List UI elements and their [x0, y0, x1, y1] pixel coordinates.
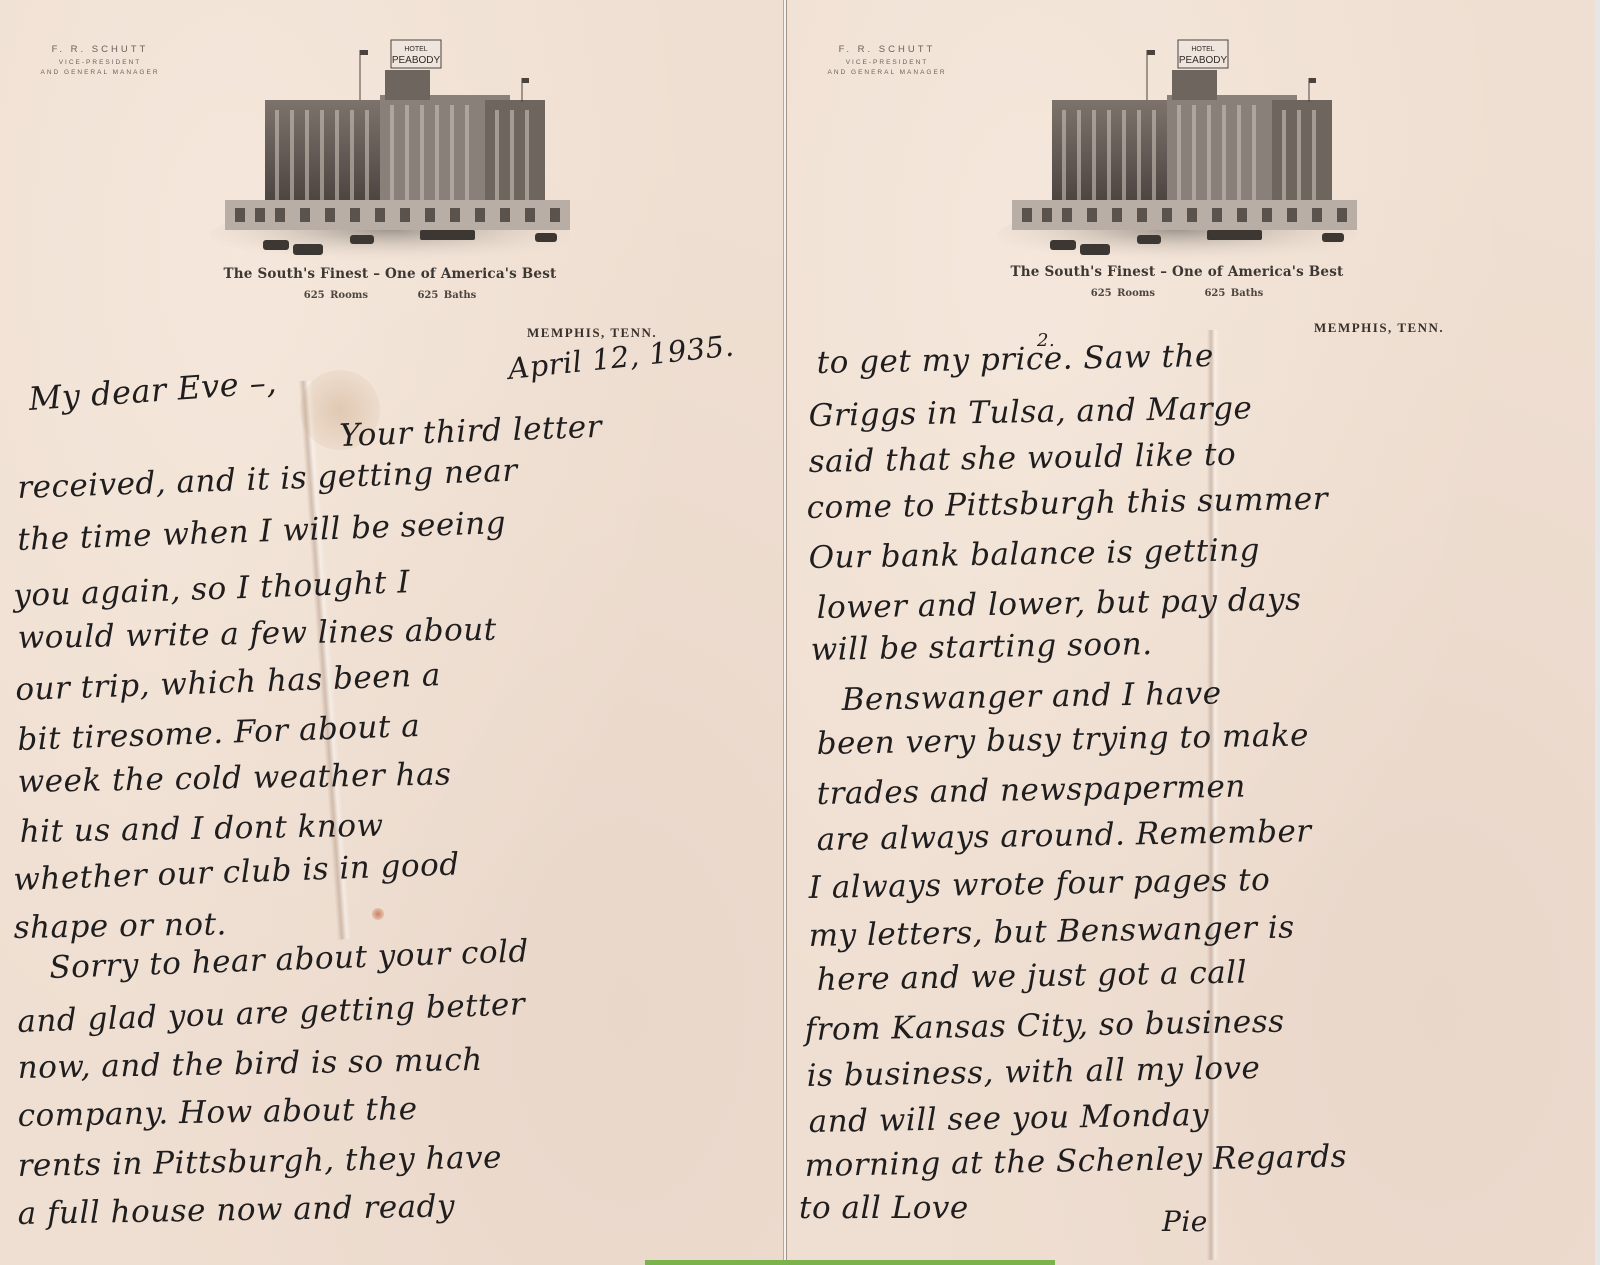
- letter-line: would write a few lines about: [17, 612, 497, 656]
- hotel-slogan: The South's Finest – One of America's Be…: [977, 264, 1377, 280]
- rooms-and-baths: 625 Rooms 625 Baths: [190, 290, 590, 301]
- hotel-illustration: HOTEL PEABODY: [992, 30, 1362, 262]
- letter-page-1: F. R. SCHUTT VICE-PRESIDENT AND GENERAL …: [0, 0, 784, 1265]
- svg-text:PEABODY: PEABODY: [1179, 55, 1228, 66]
- letter-line: trades and newspapermen: [816, 769, 1246, 812]
- letter-line: received, and it is getting near: [17, 453, 518, 506]
- hotel-building-icon: HOTEL PEABODY: [992, 30, 1362, 262]
- letter-line: Griggs in Tulsa, and Marge: [808, 390, 1252, 434]
- letter-line: week the cold weather has: [17, 756, 451, 800]
- hotel-building-icon: HOTEL PEABODY: [205, 30, 575, 262]
- svg-text:HOTEL: HOTEL: [404, 46, 427, 53]
- hotel-slogan: The South's Finest – One of America's Be…: [190, 266, 590, 282]
- executive-title-2: AND GENERAL MANAGER: [20, 69, 180, 76]
- rooms-count: 625 Rooms: [1091, 288, 1155, 299]
- signature: Pie: [1162, 1205, 1208, 1238]
- rooms-and-baths: 625 Rooms 625 Baths: [977, 288, 1377, 299]
- letter-line: morning at the Schenley Regards: [804, 1139, 1347, 1184]
- executive-title: VICE-PRESIDENT: [20, 59, 180, 66]
- letter-line: a full house now and ready: [17, 1188, 455, 1232]
- letter-line: my letters, but Benswanger is: [808, 910, 1295, 954]
- letter-line: you again, so I thought I: [13, 564, 411, 614]
- executive-block: F. R. SCHUTT VICE-PRESIDENT AND GENERAL …: [807, 44, 967, 76]
- letter-line: the time when I will be seeing: [17, 505, 507, 558]
- letter-line: Benswanger and I have: [841, 675, 1221, 718]
- executive-name: F. R. SCHUTT: [20, 44, 180, 55]
- letter-line: our trip, which has been a: [15, 657, 442, 708]
- hotel-illustration: HOTEL PEABODY: [205, 30, 575, 262]
- executive-block: F. R. SCHUTT VICE-PRESIDENT AND GENERAL …: [20, 44, 180, 76]
- letter-line: and will see you Monday: [808, 1097, 1209, 1140]
- letter-line: now, and the bird is so much: [17, 1042, 483, 1086]
- page-edge: [1595, 0, 1600, 1265]
- letter-line: and glad you are getting better: [17, 986, 526, 1040]
- svg-text:HOTEL: HOTEL: [1191, 46, 1214, 53]
- letterhead-city: MEMPHIS, TENN.: [1314, 320, 1444, 336]
- letter-line: said that she would like to: [808, 437, 1236, 480]
- letter-line: lower and lower, but pay days: [816, 582, 1301, 626]
- letter-line: to get my price. Saw the: [816, 338, 1214, 381]
- letter-line: shape or not.: [13, 906, 227, 946]
- baths-count: 625 Baths: [417, 290, 476, 301]
- executive-title: VICE-PRESIDENT: [807, 59, 967, 66]
- letter-line: Your third letter: [339, 409, 603, 454]
- letter-line: here and we just got a call: [816, 954, 1247, 998]
- svg-text:PEABODY: PEABODY: [392, 55, 441, 66]
- letter-line: are always around. Remember: [816, 813, 1312, 858]
- letter-line: whether our club is in good: [13, 846, 460, 898]
- letter-line: Our bank balance is getting: [808, 532, 1260, 576]
- rooms-count: 625 Rooms: [304, 290, 368, 301]
- letter-line: is business, with all my love: [806, 1050, 1260, 1094]
- letter-line: will be starting soon.: [810, 626, 1153, 668]
- letter-line: hit us and I dont know: [19, 808, 383, 850]
- letter-line: rents in Pittsburgh, they have: [17, 1140, 502, 1184]
- salutation: My dear Eve –,: [27, 363, 278, 418]
- baths-count: 625 Baths: [1204, 288, 1263, 299]
- executive-title-2: AND GENERAL MANAGER: [807, 69, 967, 76]
- letter-line: bit tiresome. For about a: [17, 708, 421, 758]
- letter-line: been very busy trying to make: [816, 717, 1309, 762]
- executive-name: F. R. SCHUTT: [807, 44, 967, 55]
- letter-line: come to Pittsburgh this summer: [806, 481, 1328, 526]
- ink-spot: [372, 908, 384, 920]
- green-bar: [645, 1260, 1055, 1265]
- letter-line: company. How about the: [17, 1091, 418, 1134]
- letter-page-2: F. R. SCHUTT VICE-PRESIDENT AND GENERAL …: [786, 0, 1600, 1265]
- closing-line: to all Love: [799, 1190, 969, 1226]
- letter-line: I always wrote four pages to: [808, 862, 1270, 906]
